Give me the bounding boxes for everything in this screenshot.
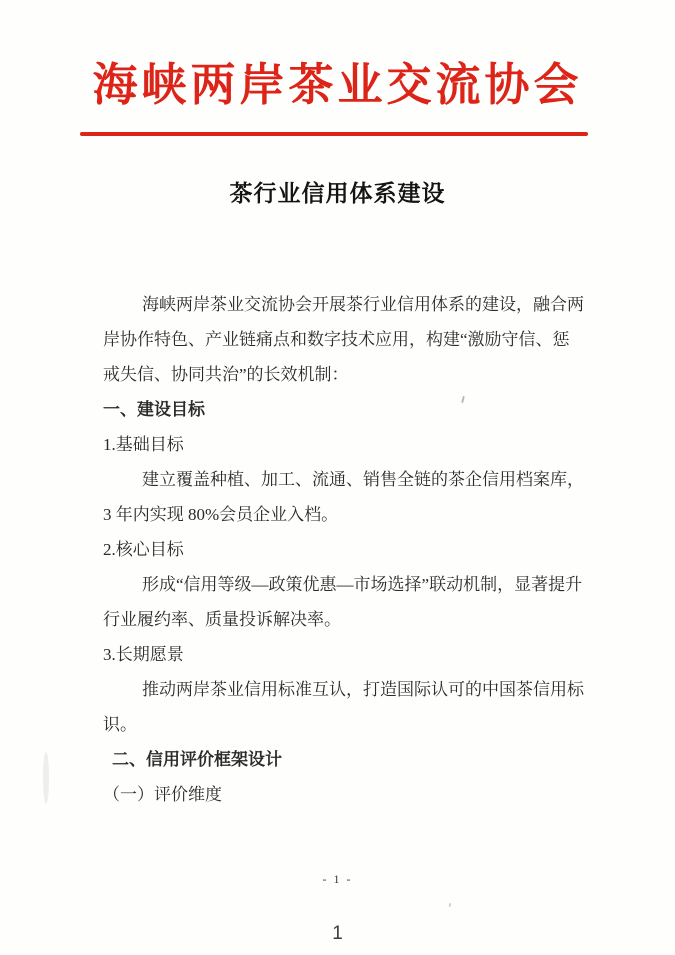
scanned-document-page: 海峡两岸茶业交流协会 茶行业信用体系建设 海峡两岸茶业交流协会开展茶行业信用体系… (0, 0, 675, 955)
scan-artifact-speck (448, 903, 451, 907)
document-title: 茶行业信用体系建设 (0, 178, 675, 210)
paragraph-core-goal: 形成“信用等级—政策优惠—市场选择”联动机制，显著提升 行业履约率、质量投诉解决… (103, 567, 585, 637)
subheading-evaluation-dimensions: （一）评价维度 (103, 777, 585, 812)
paragraph-long-term-vision: 推动两岸茶业信用标准互认，打造国际认可的中国茶信用标 识。 (103, 672, 585, 742)
document-body: 海峡两岸茶业交流协会开展茶行业信用体系的建设，融合两 岸协作特色、产业链痛点和数… (103, 287, 585, 812)
subheading-long-term-vision: 3.长期愿景 (103, 637, 585, 672)
scan-artifact-smudge (43, 752, 49, 804)
letterhead-org-name: 海峡两岸茶业交流协会 (0, 52, 675, 118)
sheet-page-number: - 1 - (0, 871, 675, 887)
subheading-core-goal: 2.核心目标 (103, 532, 585, 567)
heading-section-1-goals: 一、建设目标 (103, 392, 585, 427)
subheading-basic-goal: 1.基础目标 (103, 427, 585, 462)
viewer-page-indicator: 1 (0, 921, 675, 947)
paragraph-intro: 海峡两岸茶业交流协会开展茶行业信用体系的建设，融合两 岸协作特色、产业链痛点和数… (103, 287, 585, 392)
heading-section-2-framework: 二、信用评价框架设计 (103, 742, 585, 777)
paragraph-basic-goal: 建立覆盖种植、加工、流通、销售全链的茶企信用档案库， 3 年内实现 80%会员企… (103, 462, 585, 532)
letterhead-divider-rule (80, 132, 588, 136)
